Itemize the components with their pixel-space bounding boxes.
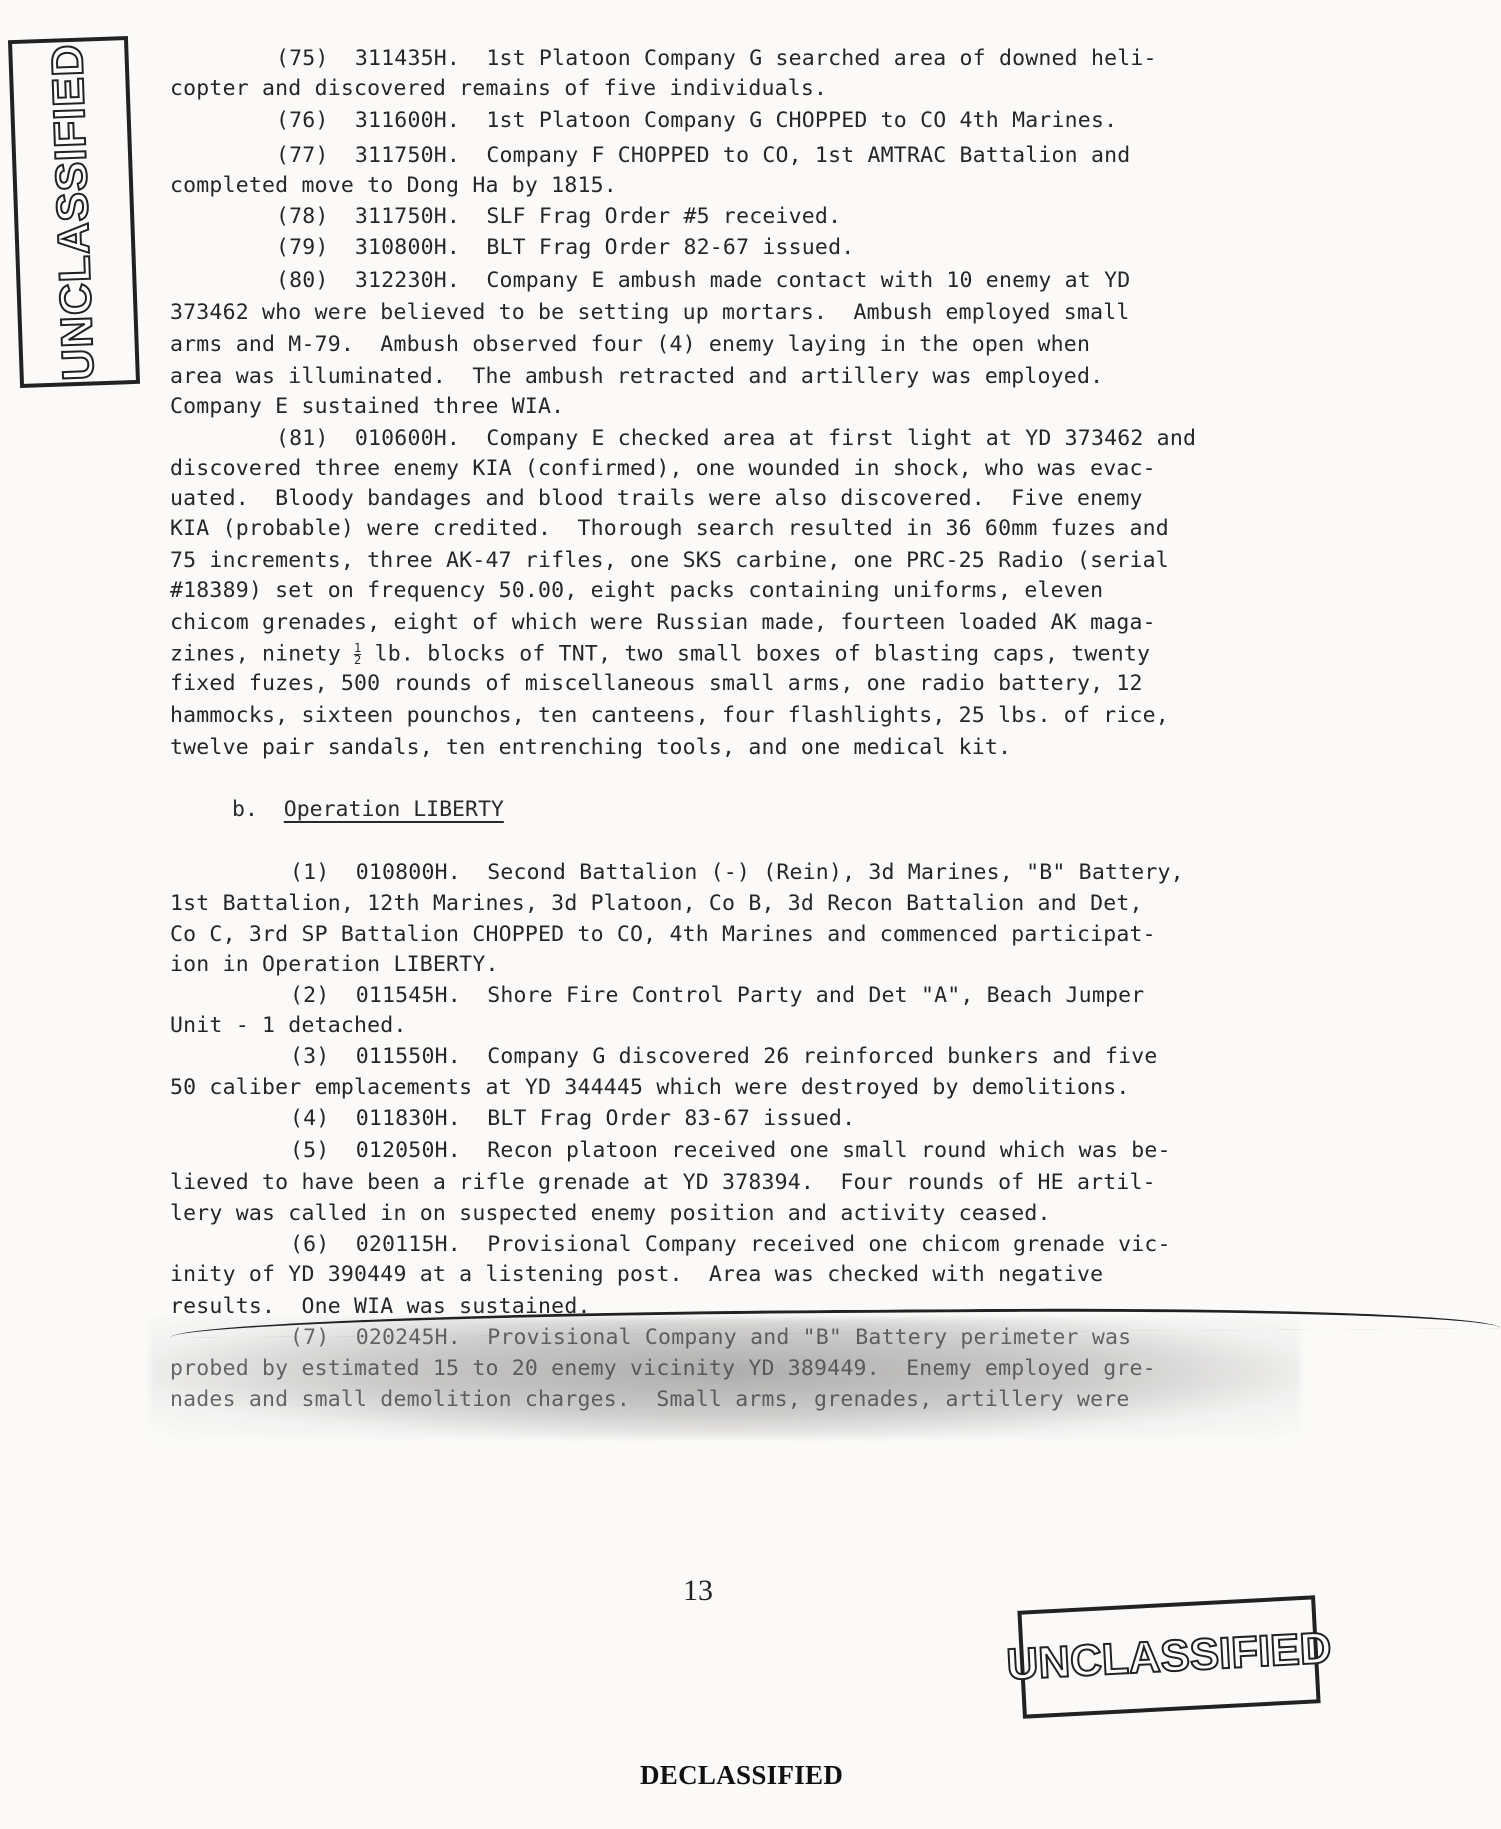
entry-81-line-3: uated. Bloody bandages and blood trails … (170, 488, 1143, 510)
entry-b3-line-2: 50 caliber emplacements at YD 344445 whi… (170, 1077, 1130, 1099)
document-page: UNCLASSIFIED (75) 311435H. 1st Platoon C… (0, 0, 1501, 1829)
entry-81-line-9: fixed fuzes, 500 rounds of miscellaneous… (170, 673, 1143, 695)
entry-b6-line-2: inity of YD 390449 at a listening post. … (170, 1264, 1103, 1286)
entry-80-line-3: arms and M-79. Ambush observed four (4) … (170, 334, 1090, 356)
entry-b5-line-1: (5) 012050H. Recon platoon received one … (290, 1140, 1171, 1162)
entry-81-line-2: discovered three enemy KIA (confirmed), … (170, 458, 1156, 480)
entry-81-line-4: KIA (probable) were credited. Thorough s… (170, 518, 1169, 540)
entry-b1-line-1: (1) 010800H. Second Battalion (-) (Rein)… (290, 862, 1184, 884)
entry-b7-line-3: nades and small demolition charges. Smal… (170, 1389, 1130, 1411)
entry-81-line-11: twelve pair sandals, ten entrenching too… (170, 737, 1011, 759)
entry-b2-line-2: Unit - 1 detached. (170, 1015, 407, 1037)
entry-76-line-1: (76) 311600H. 1st Platoon Company G CHOP… (276, 110, 1117, 132)
entry-75-line-2: copter and discovered remains of five in… (170, 78, 827, 100)
entry-81-line-8: zines, ninety 12 lb. blocks of TNT, two … (170, 643, 1150, 666)
entry-80-line-4: area was illuminated. The ambush retract… (170, 366, 1103, 388)
entry-80-line-5: Company E sustained three WIA. (170, 396, 564, 418)
entry-b6-line-1: (6) 020115H. Provisional Company receive… (290, 1234, 1171, 1256)
entry-75-line-1: (75) 311435H. 1st Platoon Company G sear… (276, 48, 1157, 70)
section-b-heading: b. Operation LIBERTY (232, 797, 504, 822)
unclassified-stamp-side: UNCLASSIFIED (8, 36, 140, 388)
entry-b3-line-1: (3) 011550H. Company G discovered 26 rei… (290, 1046, 1158, 1068)
declassified-footer: DECLASSIFIED (640, 1760, 843, 1791)
entry-b1-line-4: ion in Operation LIBERTY. (170, 954, 499, 976)
entry-77-line-1: (77) 311750H. Company F CHOPPED to CO, 1… (276, 145, 1130, 167)
stamp-text: UNCLASSIFIED (1005, 1624, 1332, 1691)
entry-81-line-1: (81) 010600H. Company E checked area at … (276, 428, 1196, 450)
entry-81-line-5: 75 increments, three AK-47 rifles, one S… (170, 550, 1169, 572)
entry-80-line-2: 373462 who were believed to be setting u… (170, 302, 1130, 324)
entry-b5-line-3: lery was called in on suspected enemy po… (170, 1203, 1051, 1225)
entry-b1-line-3: Co C, 3rd SP Battalion CHOPPED to CO, 4t… (170, 924, 1156, 946)
fraction-half: 12 (354, 643, 361, 666)
unclassified-stamp-bottom: UNCLASSIFIED (1017, 1595, 1320, 1718)
entry-81-line-7: chicom grenades, eight of which were Rus… (170, 612, 1156, 634)
entry-b1-line-2: 1st Battalion, 12th Marines, 3d Platoon,… (170, 893, 1143, 915)
entry-77-line-2: completed move to Dong Ha by 1815. (170, 175, 617, 197)
entry-b2-line-1: (2) 011545H. Shore Fire Control Party an… (290, 985, 1144, 1007)
entry-b7-line-1: (7) 020245H. Provisional Company and "B"… (290, 1327, 1131, 1349)
entry-81-line-6: #18389) set on frequency 50.00, eight pa… (170, 580, 1103, 602)
stamp-text: UNCLASSIFIED (43, 43, 105, 382)
entry-b4-line-1: (4) 011830H. BLT Frag Order 83-67 issued… (290, 1108, 855, 1130)
entry-b5-line-2: lieved to have been a rifle grenade at Y… (170, 1172, 1156, 1194)
entry-79-line-1: (79) 310800H. BLT Frag Order 82-67 issue… (276, 237, 854, 259)
entry-81-line-10: hammocks, sixteen pounchos, ten canteens… (170, 705, 1169, 727)
entry-78-line-1: (78) 311750H. SLF Frag Order #5 received… (276, 206, 841, 228)
section-b-title: Operation LIBERTY (284, 797, 504, 822)
entry-80-line-1: (80) 312230H. Company E ambush made cont… (276, 270, 1130, 292)
entry-b7-line-2: probed by estimated 15 to 20 enemy vicin… (170, 1358, 1156, 1380)
page-number: 13 (683, 1574, 713, 1608)
